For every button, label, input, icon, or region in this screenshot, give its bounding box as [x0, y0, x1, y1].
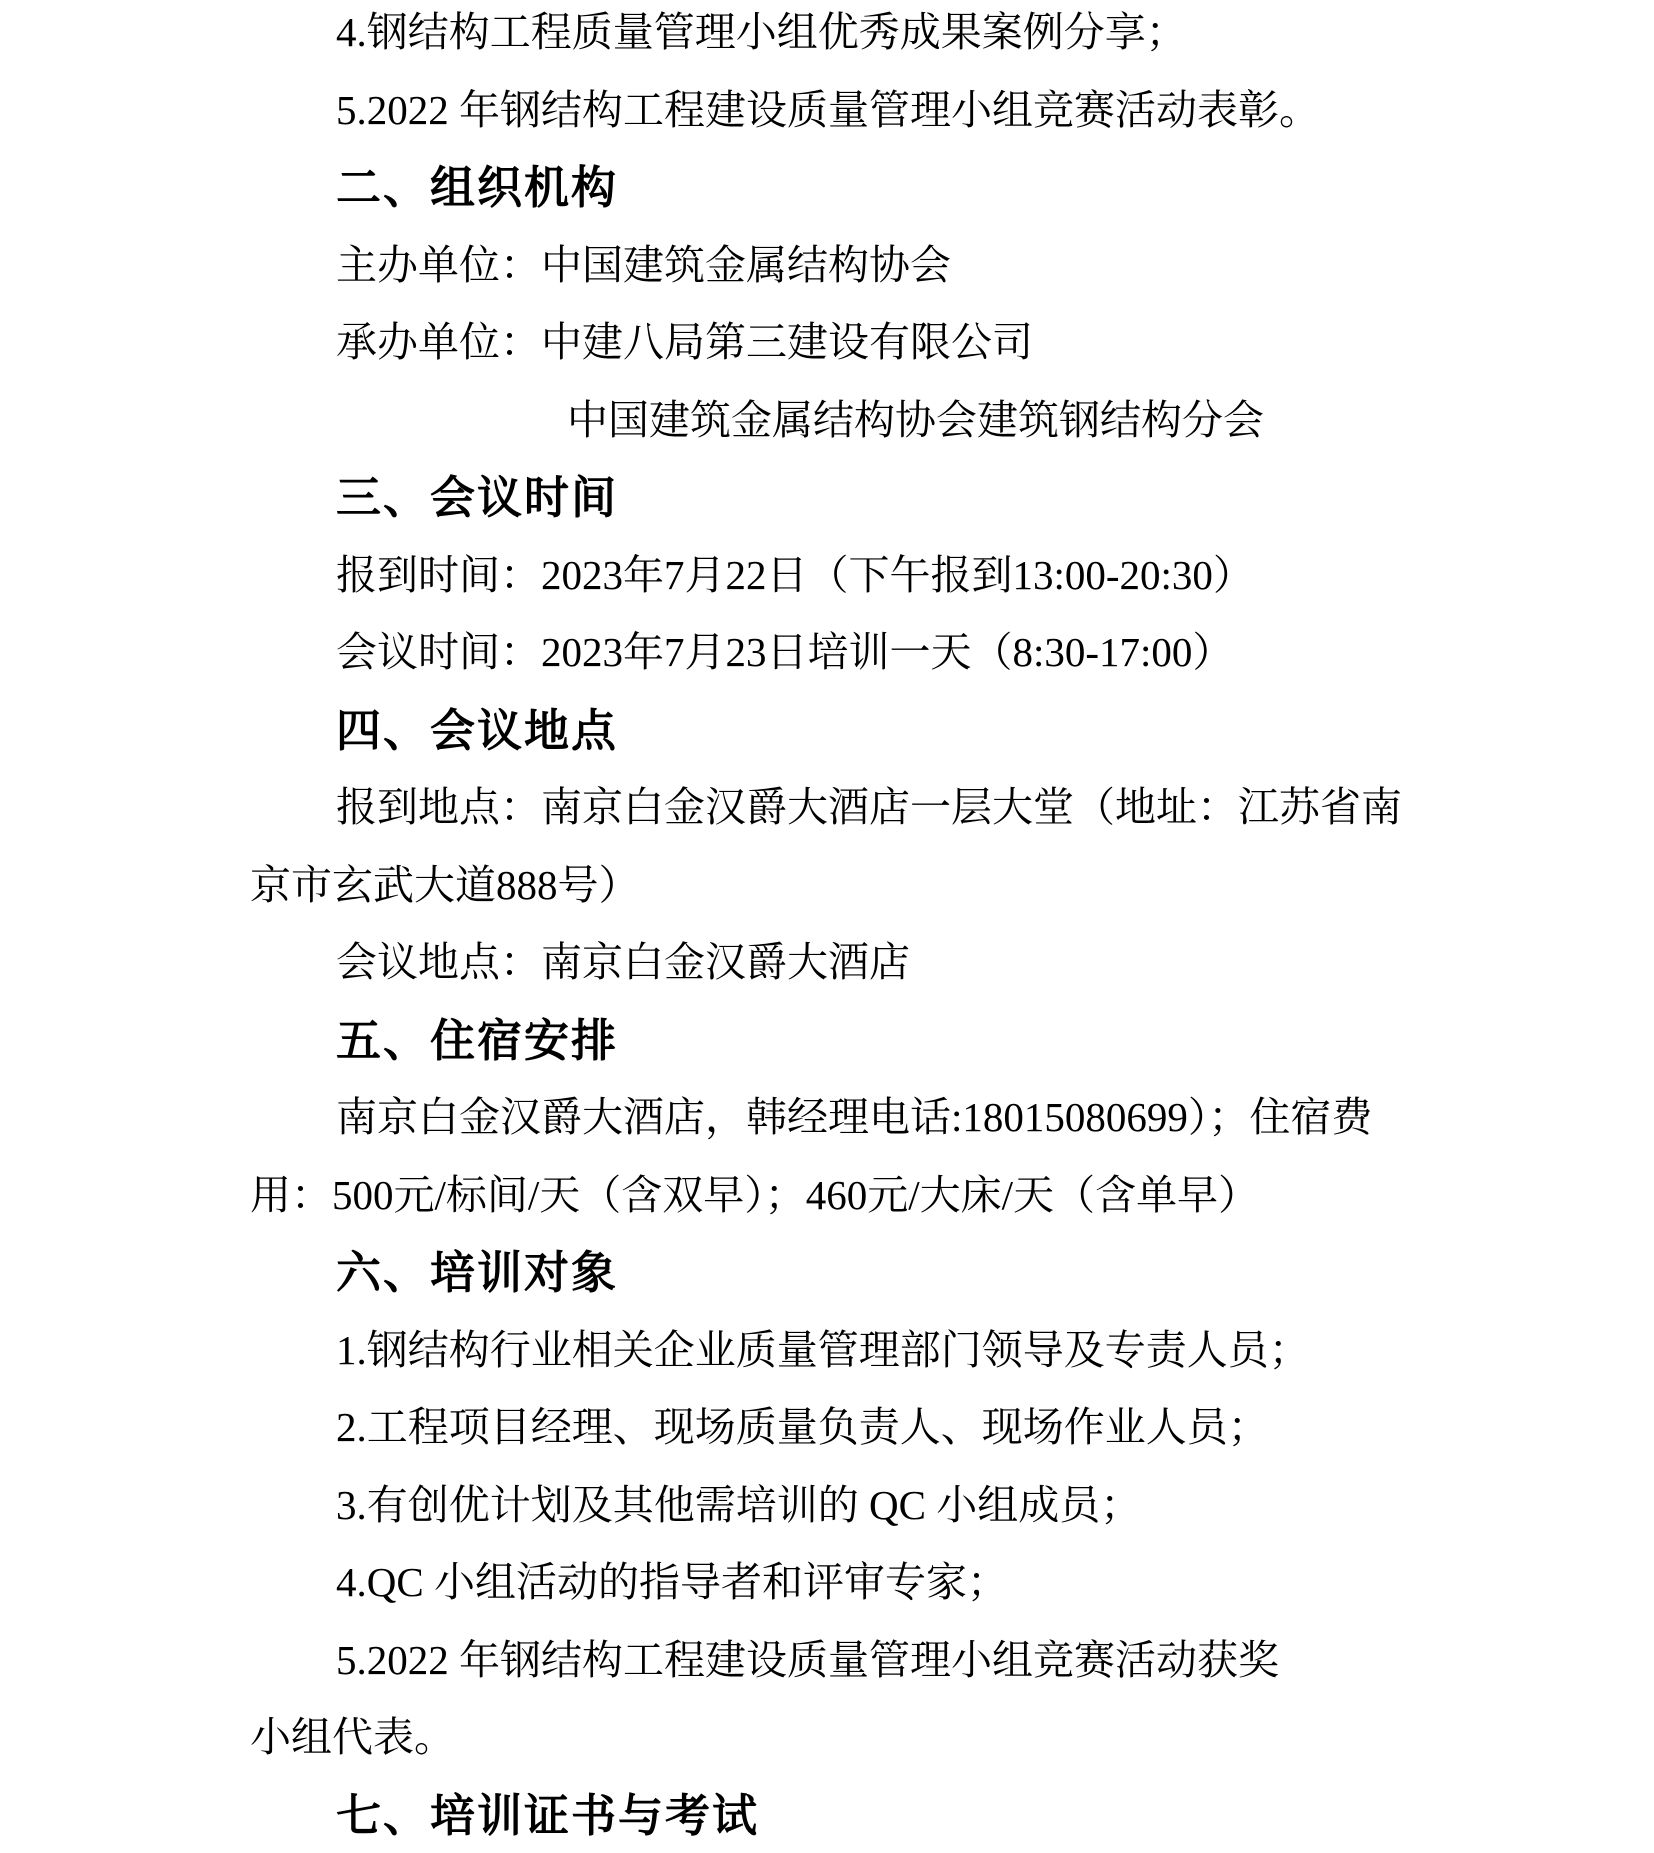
paragraph-accommodation-continued: 用：500元/标间/天（含双早）；460元/大床/天（含单早） [250, 1157, 1420, 1235]
section-heading-organization: 二、组织机构 [250, 149, 1420, 227]
paragraph-meeting-time: 会议时间：2023年7月23日培训一天（8:30-17:00） [250, 614, 1420, 692]
section-heading-certificate-exam: 七、培训证书与考试 [250, 1777, 1420, 1853]
section-heading-meeting-location: 四、会议地点 [250, 692, 1420, 770]
section-heading-training-targets: 六、培训对象 [250, 1234, 1420, 1312]
section-heading-accommodation: 五、住宿安排 [250, 1002, 1420, 1080]
paragraph-accommodation: 南京白金汉爵大酒店，韩经理电话:18015080699）；住宿费 [250, 1079, 1420, 1157]
section-heading-meeting-time: 三、会议时间 [250, 459, 1420, 537]
list-item-continued: 小组代表。 [250, 1699, 1420, 1777]
paragraph-registration-location: 报到地点：南京白金汉爵大酒店一层大堂（地址：江苏省南 [250, 769, 1420, 847]
list-item: 5.2022 年钢结构工程建设质量管理小组竞赛活动表彰。 [250, 72, 1420, 150]
paragraph-registration-time: 报到时间：2023年7月22日（下午报到13:00-20:30） [250, 537, 1420, 615]
list-item: 4.钢结构工程质量管理小组优秀成果案例分享； [250, 0, 1420, 72]
list-item: 5.2022 年钢结构工程建设质量管理小组竞赛活动获奖 [250, 1622, 1420, 1700]
list-item: 1.钢结构行业相关企业质量管理部门领导及专责人员； [250, 1312, 1420, 1390]
paragraph-host-unit: 主办单位：中国建筑金属结构协会 [250, 227, 1420, 305]
document-page: 4.钢结构工程质量管理小组优秀成果案例分享； 5.2022 年钢结构工程建设质量… [0, 0, 1654, 1853]
paragraph-registration-location-continued: 京市玄武大道888号） [250, 847, 1420, 925]
paragraph-organizer-unit-continued: 中国建筑金属结构协会建筑钢结构分会 [250, 382, 1420, 460]
paragraph-meeting-location: 会议地点：南京白金汉爵大酒店 [250, 924, 1420, 1002]
paragraph-organizer-unit: 承办单位：中建八局第三建设有限公司 [250, 304, 1420, 382]
list-item: 4.QC 小组活动的指导者和评审专家； [250, 1544, 1420, 1622]
document-text-block: 4.钢结构工程质量管理小组优秀成果案例分享； 5.2022 年钢结构工程建设质量… [250, 0, 1420, 1853]
list-item: 3.有创优计划及其他需培训的 QC 小组成员； [250, 1467, 1420, 1545]
list-item: 2.工程项目经理、现场质量负责人、现场作业人员； [250, 1389, 1420, 1467]
